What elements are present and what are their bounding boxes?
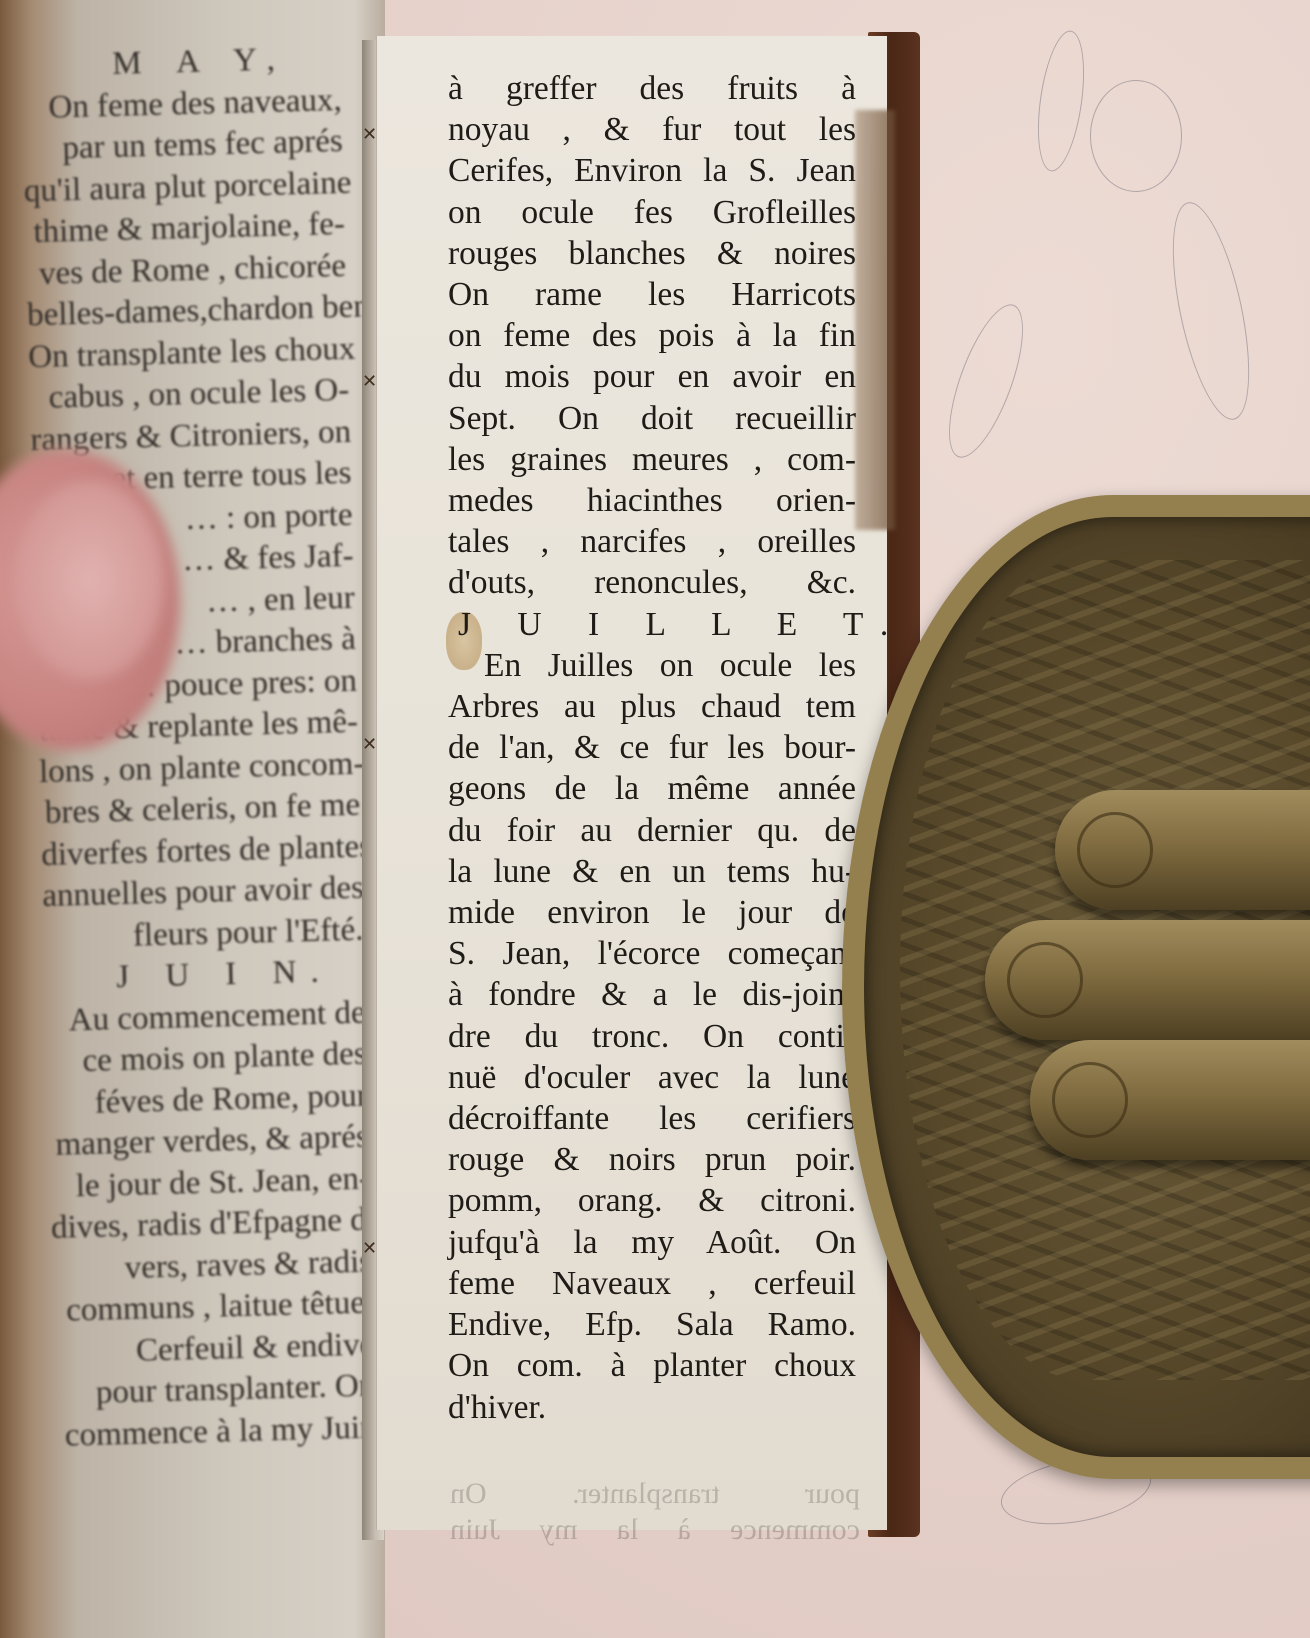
text-line: dre du tronc. On conti- — [448, 1016, 856, 1057]
text-line: S. Jean, l'écorce começant — [448, 933, 856, 974]
text-line: décroiffante les cerifiers — [448, 1098, 856, 1139]
text-line: Cerifes, Environ la S. Jean — [448, 150, 856, 191]
clip-fingernail — [1007, 942, 1083, 1018]
text-line: rouge & noirs prun poir. — [448, 1139, 856, 1180]
text-line: medes hiacinthes orien- — [448, 480, 856, 521]
page-edge-stain — [855, 110, 895, 530]
show-through-text: pour transplanter. On commence à la my J… — [450, 1476, 860, 1548]
text-line: commence à la my Juin — [56, 1407, 377, 1457]
text-line: feme Naveaux , cerfeuil — [448, 1263, 856, 1304]
paper-fiber — [1090, 80, 1182, 192]
text-line: On rame les Harricots — [448, 274, 856, 315]
text-line: la lune & en un tems hu- — [448, 851, 856, 892]
text-line: du mois pour en avoir en — [448, 356, 856, 397]
text-line: tales , narcifes , oreilles — [448, 521, 856, 562]
text-line: jufqu'à la my Août. On — [448, 1222, 856, 1263]
clip-fingernail — [1077, 812, 1153, 888]
text-line: d'hiver. — [448, 1387, 856, 1428]
text-line: d'outs, renoncules, &c. — [448, 562, 856, 603]
text-line: pomm, orang. & citroni. — [448, 1180, 856, 1221]
text-line: noyau , & fur tout les — [448, 109, 856, 150]
text-line: commence à la my Juin — [450, 1512, 860, 1548]
text-line: du foir au dernier qu. de — [448, 810, 856, 851]
text-line: à fondre & a le dis-join- — [448, 974, 856, 1015]
text-line: nuë d'oculer avec la lune — [448, 1057, 856, 1098]
right-page-text: à greffer des fruits à noyau , & fur tou… — [448, 68, 856, 1428]
text-line: Sept. On doit recueillir — [448, 398, 856, 439]
text-line: Endive, Efp. Sala Ramo. — [448, 1304, 856, 1345]
text-line: de l'an, & ce fur les bour- — [448, 727, 856, 768]
text-line: En Juilles on ocule les — [448, 645, 856, 686]
clip-finger — [1055, 790, 1310, 910]
text-line: on ocule fes Grofleilles — [448, 192, 856, 233]
clip-fingernail — [1052, 1062, 1128, 1138]
clip-finger — [985, 920, 1310, 1040]
left-page: M A Y, On feme des naveaux, par un tems … — [0, 0, 385, 1638]
text-line: à greffer des fruits à — [448, 68, 856, 109]
text-line: pour transplanter. On — [450, 1476, 860, 1512]
clip-finger — [1030, 1040, 1310, 1160]
text-line: Arbres au plus chaud tem — [448, 686, 856, 727]
text-line: rouges blanches & noires — [448, 233, 856, 274]
heading-juillet: J U I L L E T. — [448, 604, 856, 645]
text-line: les graines meures , com- — [448, 439, 856, 480]
text-line: mide environ le jour de — [448, 892, 856, 933]
fingernail — [15, 480, 165, 680]
text-line: geons de la même année — [448, 768, 856, 809]
text-line: On com. à planter choux — [448, 1345, 856, 1386]
text-line: on feme des pois à la fin — [448, 315, 856, 356]
